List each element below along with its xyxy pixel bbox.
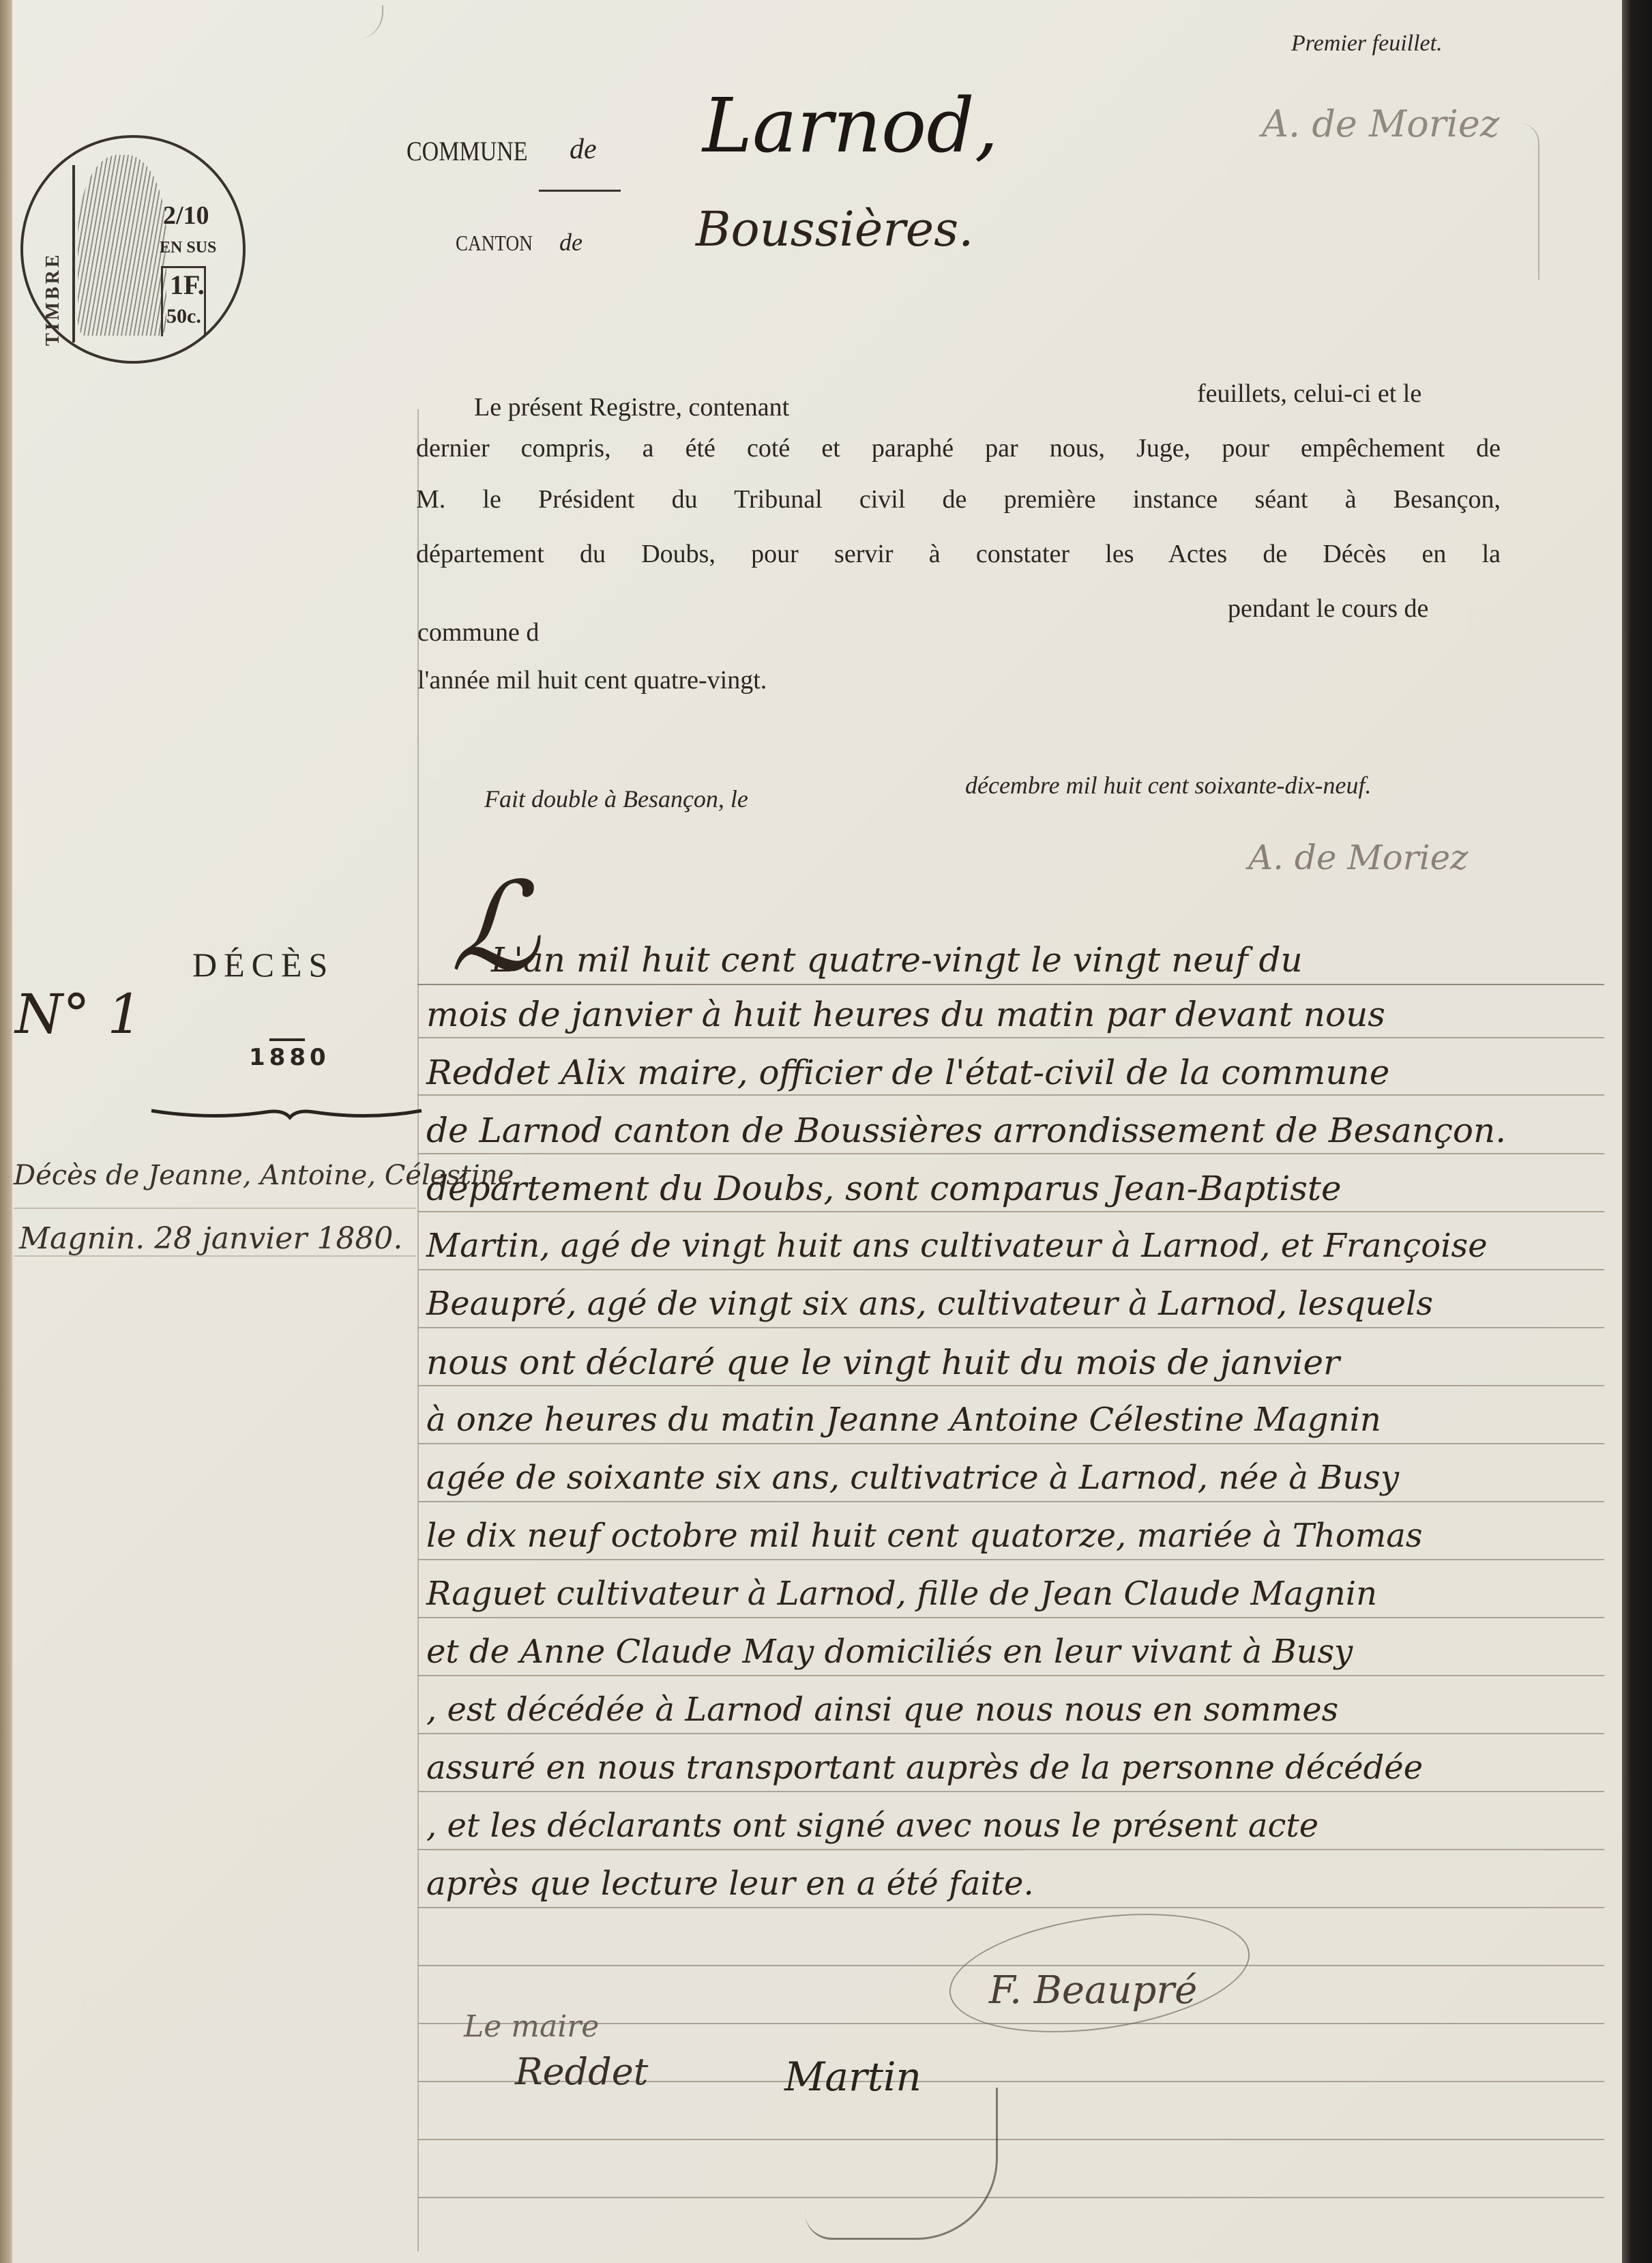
- preamble-line-1a: Le présent Registre, contenant: [474, 392, 789, 422]
- stamp-price-cents: 50c.: [166, 305, 201, 328]
- ornamental-divider: [150, 1105, 423, 1126]
- canton-prep: de: [559, 228, 582, 257]
- act-line-8: nous ont déclaré que le vingt huit du mo…: [426, 1343, 1340, 1382]
- act-number: N° 1: [15, 982, 142, 1046]
- header-divider: [539, 190, 621, 192]
- commune-label: COMMUNE: [407, 135, 528, 167]
- page-edge-shadow: [1622, 0, 1652, 2263]
- commune-name: Larnod,: [703, 82, 999, 169]
- section-title: DÉCÈS: [192, 945, 334, 984]
- act-line-16: , et les déclarants ont signé avec nous …: [426, 1807, 1318, 1845]
- canton-label: CANTON: [456, 231, 533, 256]
- act-line-7: Beaupré, agé de vingt six ans, cultivate…: [426, 1285, 1433, 1323]
- preamble-line-2: dernier compris, a été coté et paraphé p…: [416, 433, 1501, 463]
- act-line-9: à onze heures du matin Jeanne Antoine Cé…: [426, 1401, 1381, 1439]
- act-line-5: département du Doubs, sont comparus Jean…: [426, 1169, 1342, 1208]
- commune-prep: de: [570, 133, 597, 166]
- preamble-line-6: l'année mil huit cent quatre-vingt.: [417, 665, 767, 695]
- sheet-label: Premier feuillet.: [1291, 31, 1443, 57]
- act-line-12: Raguet cultivateur à Larnod, fille de Je…: [426, 1575, 1377, 1613]
- title-divider: [269, 1038, 305, 1041]
- stamp: TIMBRE 2/10 EN SUS 1F. 50c.: [20, 135, 246, 364]
- preamble-line-1b: feuillets, celui-ci et le: [1197, 379, 1421, 409]
- annotation-rule: [14, 1255, 416, 1257]
- stamp-label: TIMBRE: [42, 220, 64, 227]
- stamp-surcharge: 2/10: [163, 203, 209, 229]
- signature-flourish: [805, 2088, 998, 2240]
- preamble-line-5b: pendant le cours de: [1228, 594, 1428, 624]
- mayor-label: Le maire: [464, 2009, 599, 2044]
- act-line-14: , est décédée à Larnod ainsi que nous no…: [426, 1691, 1338, 1729]
- preamble-line-3: M. le Président du Tribunal civil de pre…: [416, 484, 1501, 514]
- act-line-3: Reddet Alix maire, officier de l'état-ci…: [426, 1053, 1389, 1092]
- stamp-price-francs: 1F.: [170, 269, 205, 301]
- margin-annotation-2: Magnin. 28 janvier 1880.: [19, 1221, 402, 1256]
- act-line-11: le dix neuf octobre mil huit cent quator…: [426, 1517, 1423, 1555]
- section-year: 1880: [249, 1044, 330, 1071]
- justice-figure-icon: [78, 155, 166, 336]
- act-line-15: assuré en nous transportant auprès de la…: [426, 1749, 1423, 1787]
- mayor-signature: Reddet: [515, 2050, 648, 2093]
- annotation-rule: [14, 1208, 416, 1209]
- preamble-line-4: département du Doubs, pour servir à cons…: [416, 539, 1501, 569]
- act-line-2: mois de janvier à huit heures du matin p…: [426, 995, 1385, 1034]
- canton-name: Boussières.: [696, 201, 973, 257]
- act-line-10: agée de soixante six ans, cultivatrice à…: [426, 1459, 1399, 1497]
- preamble-line-5a: commune d: [417, 617, 539, 647]
- top-margin-signature: A. de Moriez: [1262, 102, 1499, 145]
- preamble-margin-signature: A. de Moriez: [1248, 838, 1469, 877]
- act-line-6: Martin, agé de vingt huit ans cultivateu…: [426, 1227, 1488, 1265]
- act-line-17: après que lecture leur en a été faite.: [426, 1865, 1034, 1903]
- fait-double-date-a: Fait double à Besançon, le: [484, 785, 748, 813]
- stamp-surcharge-note: EN SUS: [160, 239, 216, 257]
- stamp-staff: [72, 165, 75, 342]
- act-line-13: et de Anne Claude May domiciliés en leur…: [426, 1633, 1353, 1671]
- act-line-1: L'an mil huit cent quatre-vingt le vingt…: [491, 940, 1303, 980]
- act-line-4: de Larnod canton de Boussières arrondiss…: [426, 1111, 1506, 1150]
- fait-double-date-b: décembre mil huit cent soixante-dix-neuf…: [965, 771, 1371, 800]
- signature-flourish: [1518, 123, 1539, 280]
